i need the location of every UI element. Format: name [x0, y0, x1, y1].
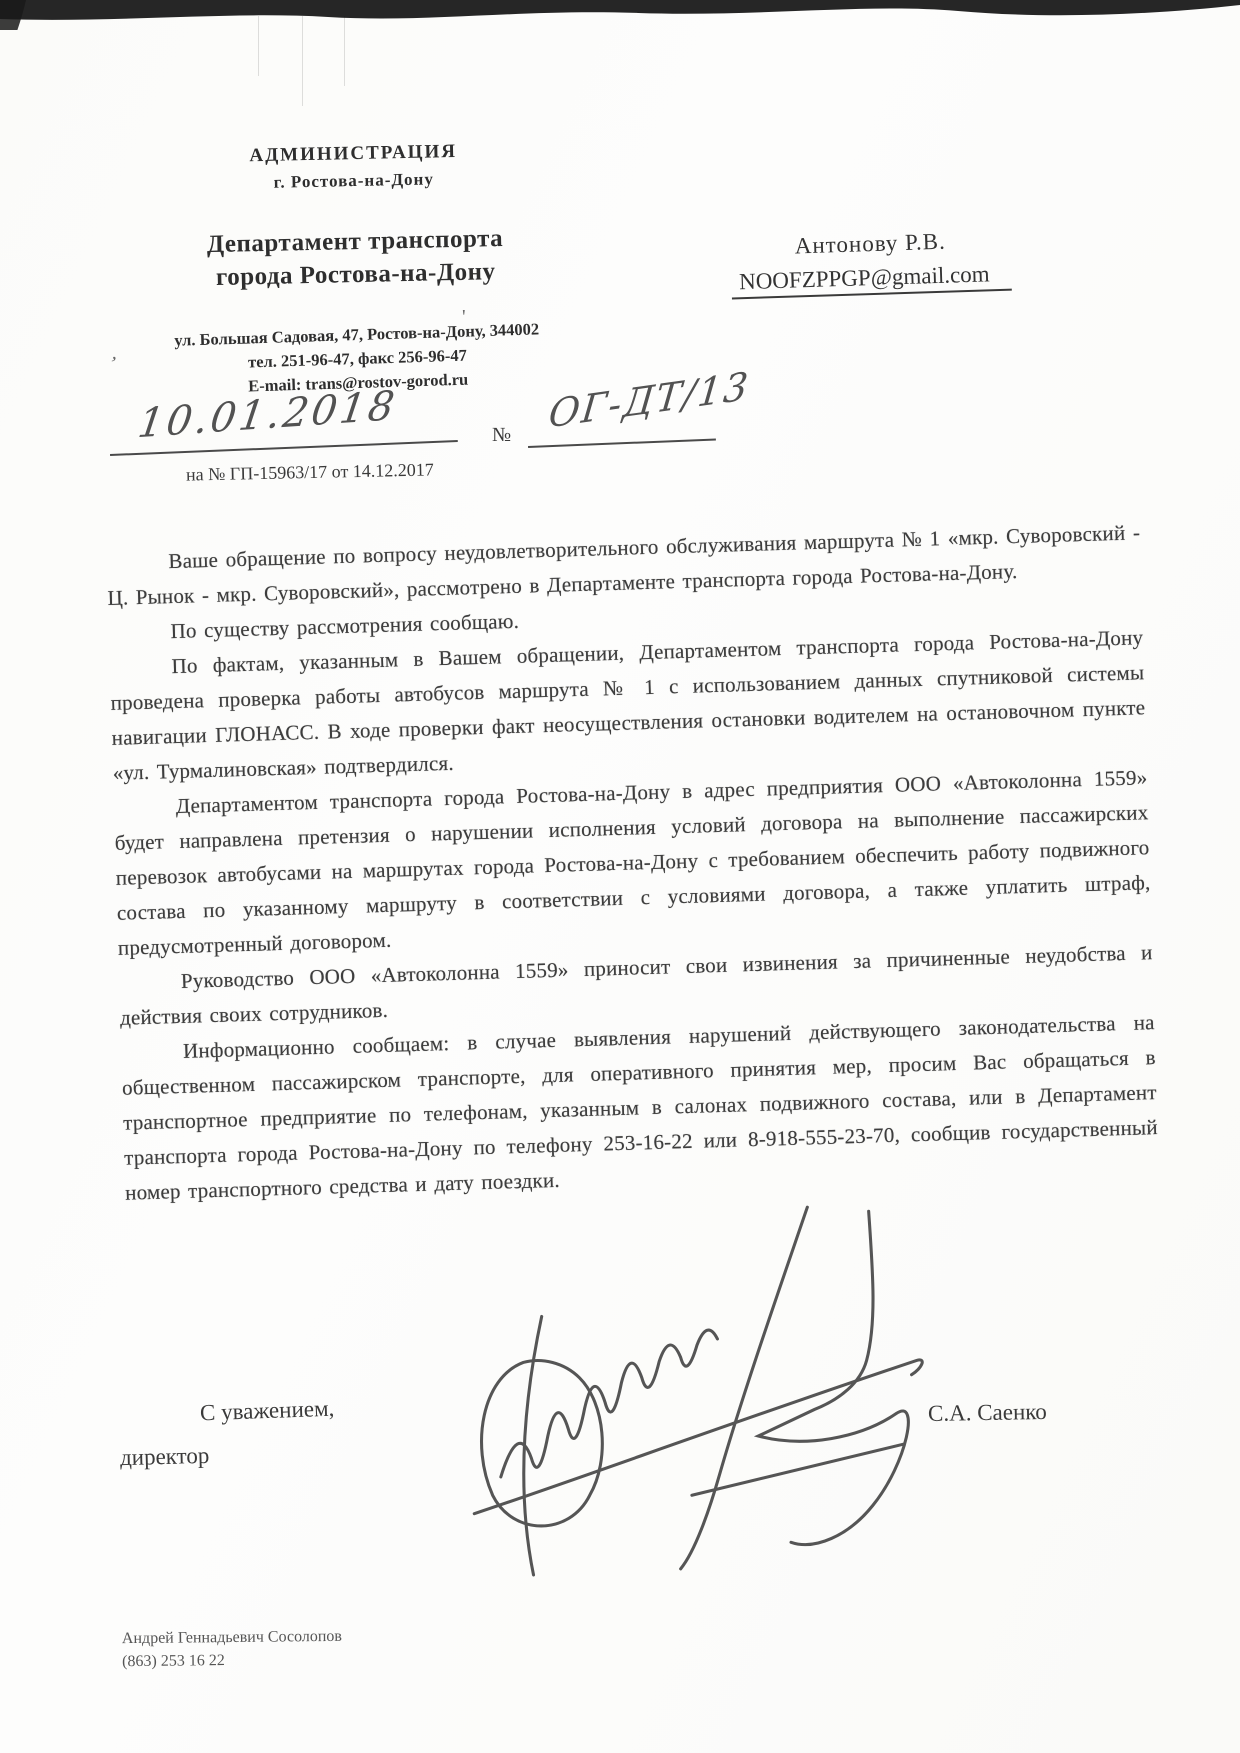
- scan-fold-line: [344, 16, 345, 86]
- body-paragraph: Информационно сообщаем: в случае выявлен…: [121, 1005, 1160, 1211]
- body-paragraph: Департаментом транспорта города Ростова-…: [113, 760, 1152, 966]
- org-name-line2: г. Ростова-на-Дону: [119, 166, 589, 196]
- signer-name: С.А. Саенко: [928, 1399, 1047, 1427]
- signature-scribble: [462, 1198, 932, 1578]
- signer-position: директор: [120, 1443, 210, 1471]
- letterhead: АДМИНИСТРАЦИЯ г. Ростова-на-Дону Департа…: [118, 138, 593, 400]
- scan-fold-line: [258, 16, 259, 76]
- scan-fold-line: [302, 16, 303, 106]
- executor-block: Андрей Геннадьевич Сосолопов (863) 253 1…: [122, 1625, 343, 1673]
- scan-speck: ,: [110, 342, 120, 366]
- closing-phrase: С уважением,: [200, 1396, 335, 1427]
- executor-phone: (863) 253 16 22: [122, 1648, 342, 1673]
- department-name: Департамент транспорта города Ростова-на…: [120, 220, 591, 296]
- recipient-email: NOOFZPPGP@gmail.com: [731, 261, 1012, 300]
- recipient-block: Антонову Р.В. NOOFZPPGP@gmail.com: [650, 224, 1092, 302]
- executor-name: Андрей Геннадьевич Сосолопов: [122, 1625, 342, 1650]
- org-name-line1: АДМИНИСТРАЦИЯ: [118, 138, 588, 170]
- reference-line: на № ГП-15963/17 от 14.12.2017: [186, 459, 434, 485]
- number-underline: [528, 438, 716, 448]
- number-sign-label: №: [492, 424, 511, 447]
- letter-body: Ваше обращение по вопросу неудовлетворит…: [106, 515, 1159, 1210]
- scanned-letter-page: , ' АДМИНИСТРАЦИЯ г. Ростова-на-Дону Деп…: [0, 0, 1240, 1753]
- scan-edge-artifact-top: [0, 0, 1240, 30]
